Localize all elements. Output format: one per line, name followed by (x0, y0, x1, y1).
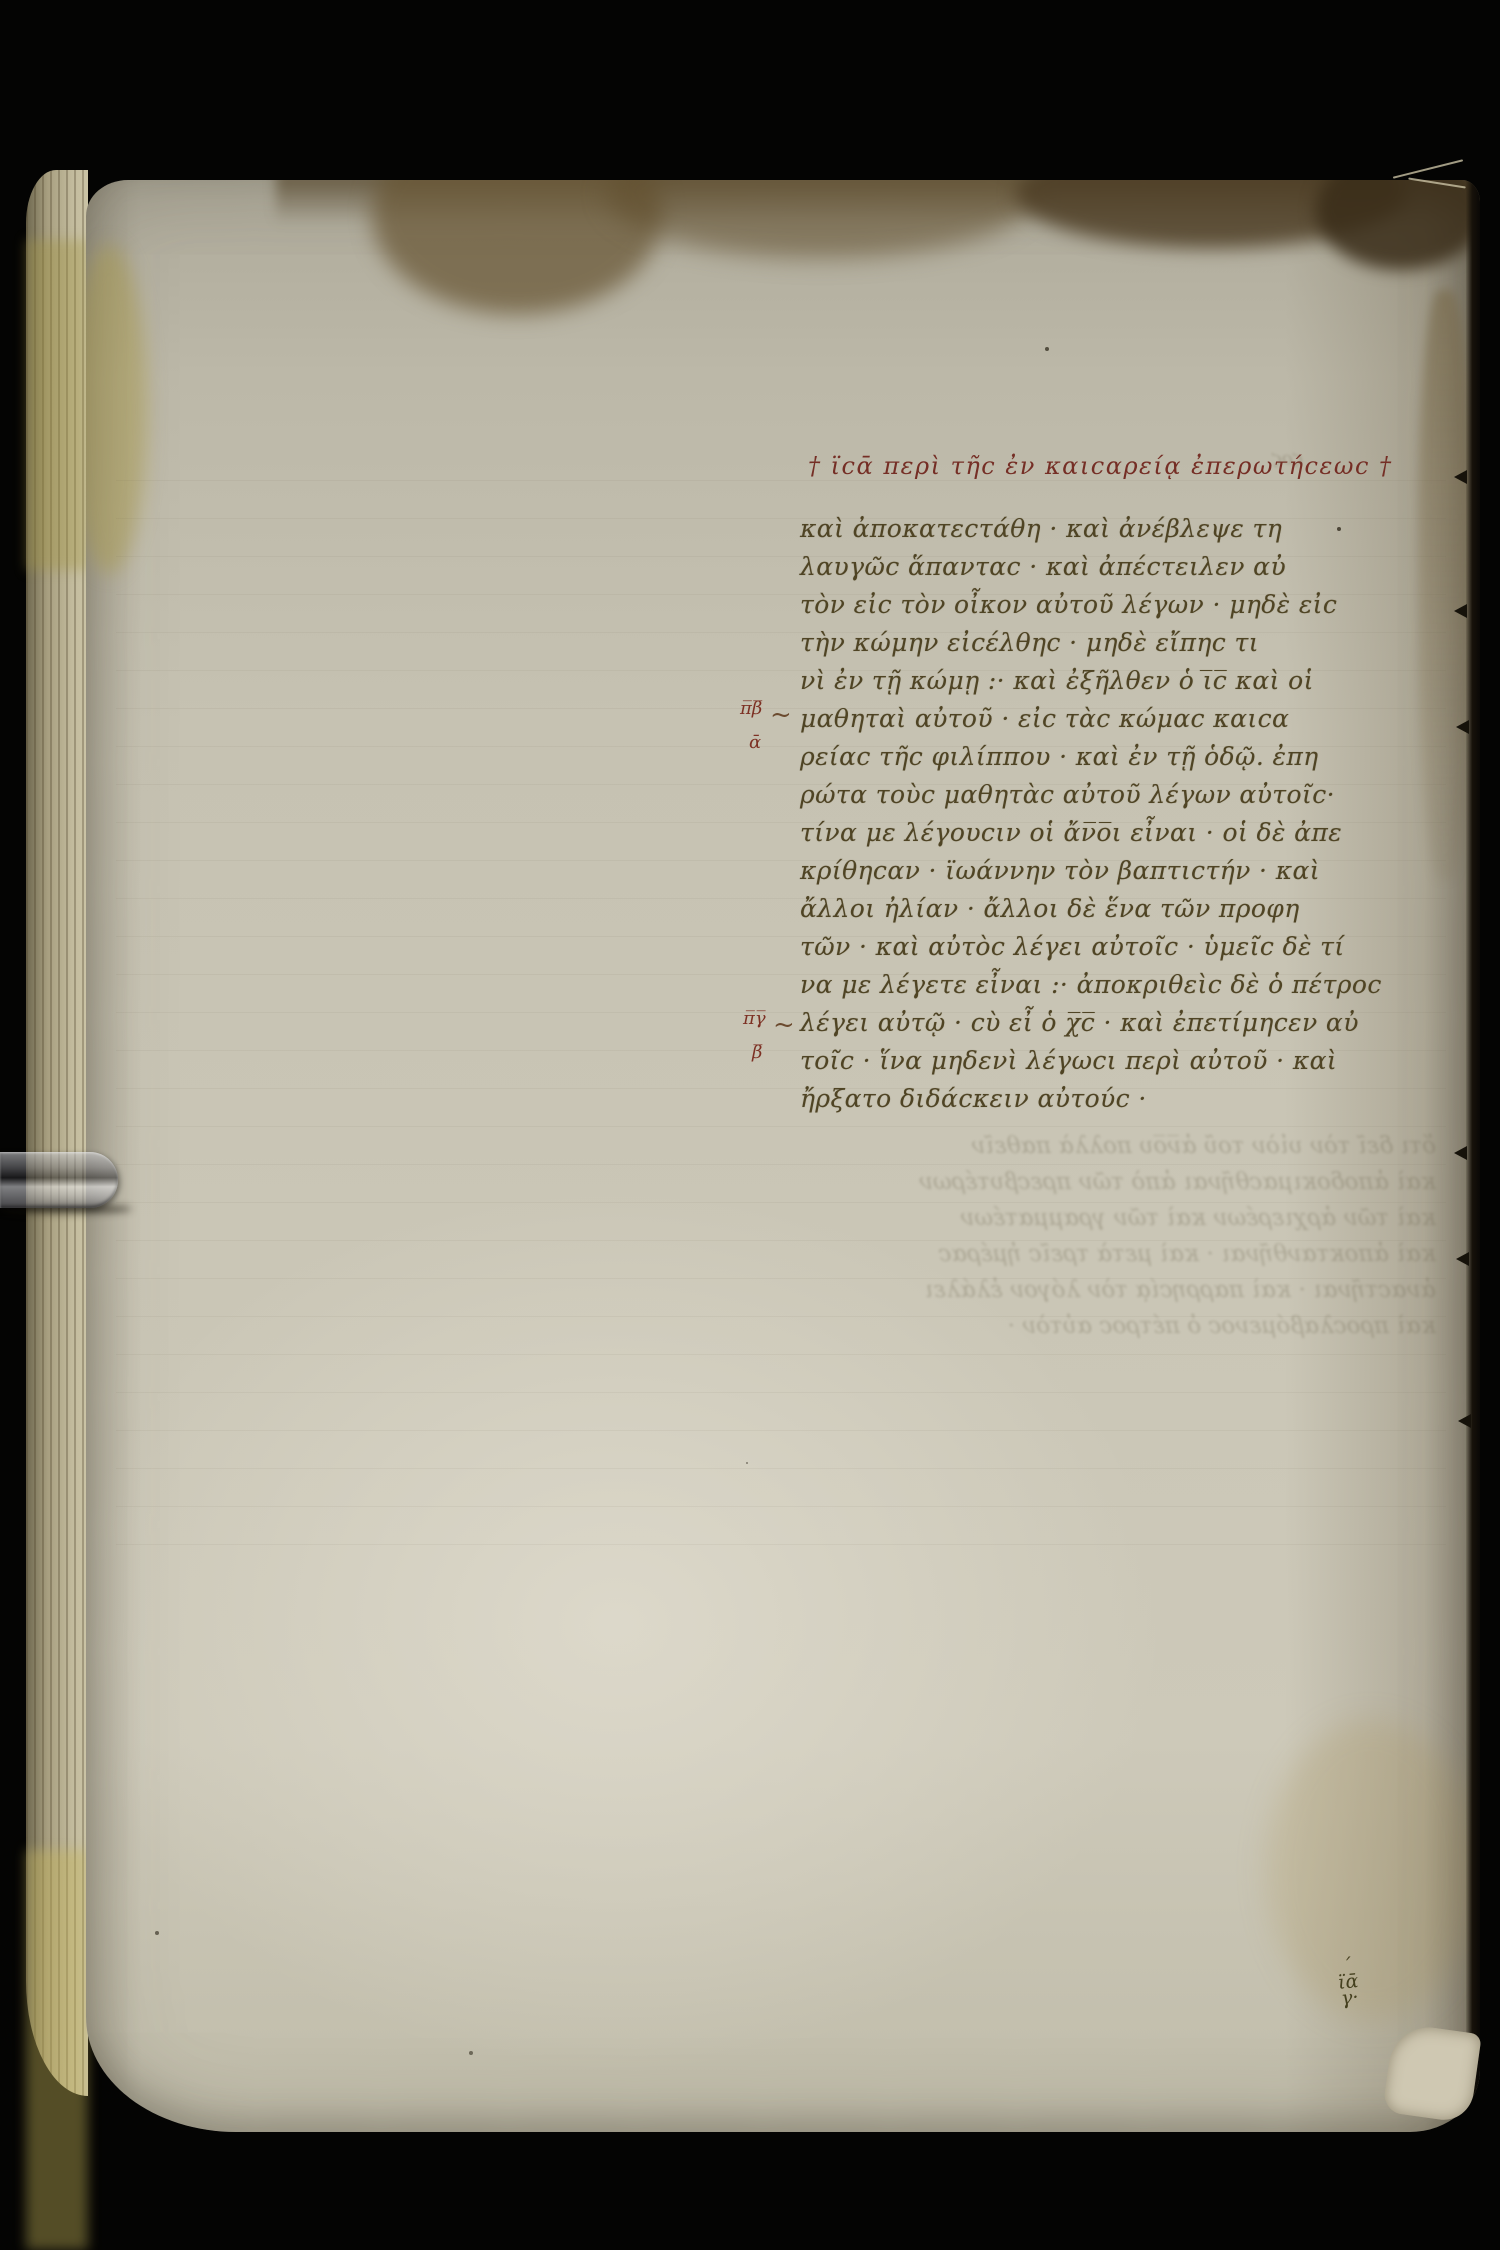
gutter-shadow (1466, 180, 1480, 2132)
parchment-page: † ϊϲᾱ περὶ τῆϲ ἐν καιϲαρείᾳ ἐπερωτήϲεωϲ … (86, 180, 1480, 2132)
ammonian-section-number: π̅β̅ (740, 700, 762, 718)
sewing-notch (1456, 1252, 1469, 1266)
text-line: λαυγῶϲ ἅπανταϲ · καὶ ἀπέϲτειλεν αὐ (800, 548, 1420, 586)
text-line: λέγει αὐτῷ · ϲὺ εἶ ὁ χ̅ϲ̅ · καὶ ἐπετίμηϲ… (800, 1004, 1420, 1042)
showthrough-text-block: ὅτι δεῖ τὸν υἱὸν τοῦ ἀν̅ο̅υ πολλὰ παθεῖν… (736, 1128, 1436, 1344)
sewing-notch (1454, 470, 1467, 484)
text-line: τὸν εἰϲ τὸν οἶκον αὐτοῦ λέγων · μηδὲ εἰϲ (800, 586, 1420, 624)
text-line: ἤρξατο διδάϲκειν αὐτούϲ · (800, 1080, 1420, 1118)
text-line: τὴν κώμην εἰϲέλθηϲ · μηδὲ εἴπηϲ τι (800, 624, 1420, 662)
corner-stain (1316, 180, 1480, 270)
binding-fiber (1393, 159, 1463, 178)
left-page-edges (26, 170, 88, 2096)
text-line: μαθηταὶ αὐτοῦ · εἰϲ τὰϲ κώμαϲ καιϲα (800, 700, 1420, 738)
text-line: νὶ ἐν τῇ κώμῃ :· καὶ ἐξῆλθεν ὁ ι̅ϲ̅ καὶ … (800, 662, 1420, 700)
text-line: καὶ ἀποκατεϲτάθη · καὶ ἀνέβλεψε τη (800, 510, 1420, 548)
text-line: να με λέγετε εἶναι :· ἀποκριθεὶϲ δὲ ὁ πέ… (800, 966, 1420, 1004)
showthrough-line: ὅτι δεῖ τὸν υἱὸν τοῦ ἀν̅ο̅υ πολλὰ παθεῖν (736, 1128, 1436, 1164)
photo-background: † ϊϲᾱ περὶ τῆϲ ἐν καιϲαρείᾳ ἐπερωτήϲεωϲ … (0, 0, 1500, 2250)
sewing-notch (1454, 604, 1467, 618)
text-line: τίνα με λέγουϲιν οἱ ἄν̅ο̅ι εἶναι · οἱ δὲ… (800, 814, 1420, 852)
eusebian-canon-number: β̅ (752, 1044, 762, 1062)
ink-specks (86, 180, 88, 182)
showthrough-line: καὶ ἀποκτανθῆναι · καὶ μετὰ τρεῖϲ ἡμέραϲ (736, 1236, 1436, 1272)
water-stain-lobe (606, 180, 1036, 258)
showthrough-line: καὶ τῶν ἀρχιερέων καὶ τῶν γραμματέων (736, 1200, 1436, 1236)
showthrough-line: καὶ ἀποδοκιμαϲθῆναι ἀπὸ τῶν πρεϲβυτέρων (736, 1164, 1436, 1200)
quire-flourish: γ· (1339, 1989, 1361, 2007)
text-line: ἄλλοι ἠλίαν · ἄλλοι δὲ ἕνα τῶν προφη (800, 890, 1420, 928)
edge-stain-top (26, 240, 88, 570)
paragraph-mark: ~ (773, 1010, 795, 1040)
sewing-notch (1454, 1146, 1467, 1160)
eusebian-canon-number: ᾱ (749, 734, 761, 752)
showthrough-word: ϛοϛ (1272, 448, 1303, 469)
showthrough-line: καὶ προϲλαβόμενοϲ ὁ πέτροϲ αὐτὸν · (736, 1308, 1436, 1344)
showthrough-line: ἀναϲτῆναι · καὶ παρρηϲίᾳ τὸν λόγον ἐλάλε… (736, 1272, 1436, 1308)
edge-stain-bottom (26, 1850, 88, 2250)
text-line: ρώτα τοὺϲ μαθητὰϲ αὐτοῦ λέγων αὐτοῖϲ· (800, 776, 1420, 814)
text-block: καὶ ἀποκατεϲτάθη · καὶ ἀνέβλεψε τηλαυγῶϲ… (800, 510, 1420, 1118)
page-holder-clip (0, 1152, 118, 1208)
text-line: τοῖϲ · ἵνα μηδενὶ λέγωϲι περὶ αὐτοῦ · κα… (800, 1042, 1420, 1080)
paragraph-mark: ~ (770, 700, 792, 730)
rubric-title: † ϊϲᾱ περὶ τῆϲ ἐν καιϲαρείᾳ ἐπερωτήϲεωϲ … (808, 452, 1393, 480)
lower-right-tint (1266, 1720, 1476, 2020)
ammonian-section-number: π̅γ̅ (743, 1010, 766, 1028)
text-line: κρίθηϲαν · ϊωάννην τὸν βαπτιϲτήν · καὶ (800, 852, 1420, 890)
sewing-notch (1456, 720, 1469, 734)
text-line: τῶν · καὶ αὐτὸϲ λέγει αὐτοῖϲ · ὑμεῖϲ δὲ … (800, 928, 1420, 966)
sewing-notch (1458, 1414, 1471, 1428)
text-line: ρείαϲ τῆϲ φιλίππου · καὶ ἐν τῇ ὁδῷ. ἐπη (800, 738, 1420, 776)
